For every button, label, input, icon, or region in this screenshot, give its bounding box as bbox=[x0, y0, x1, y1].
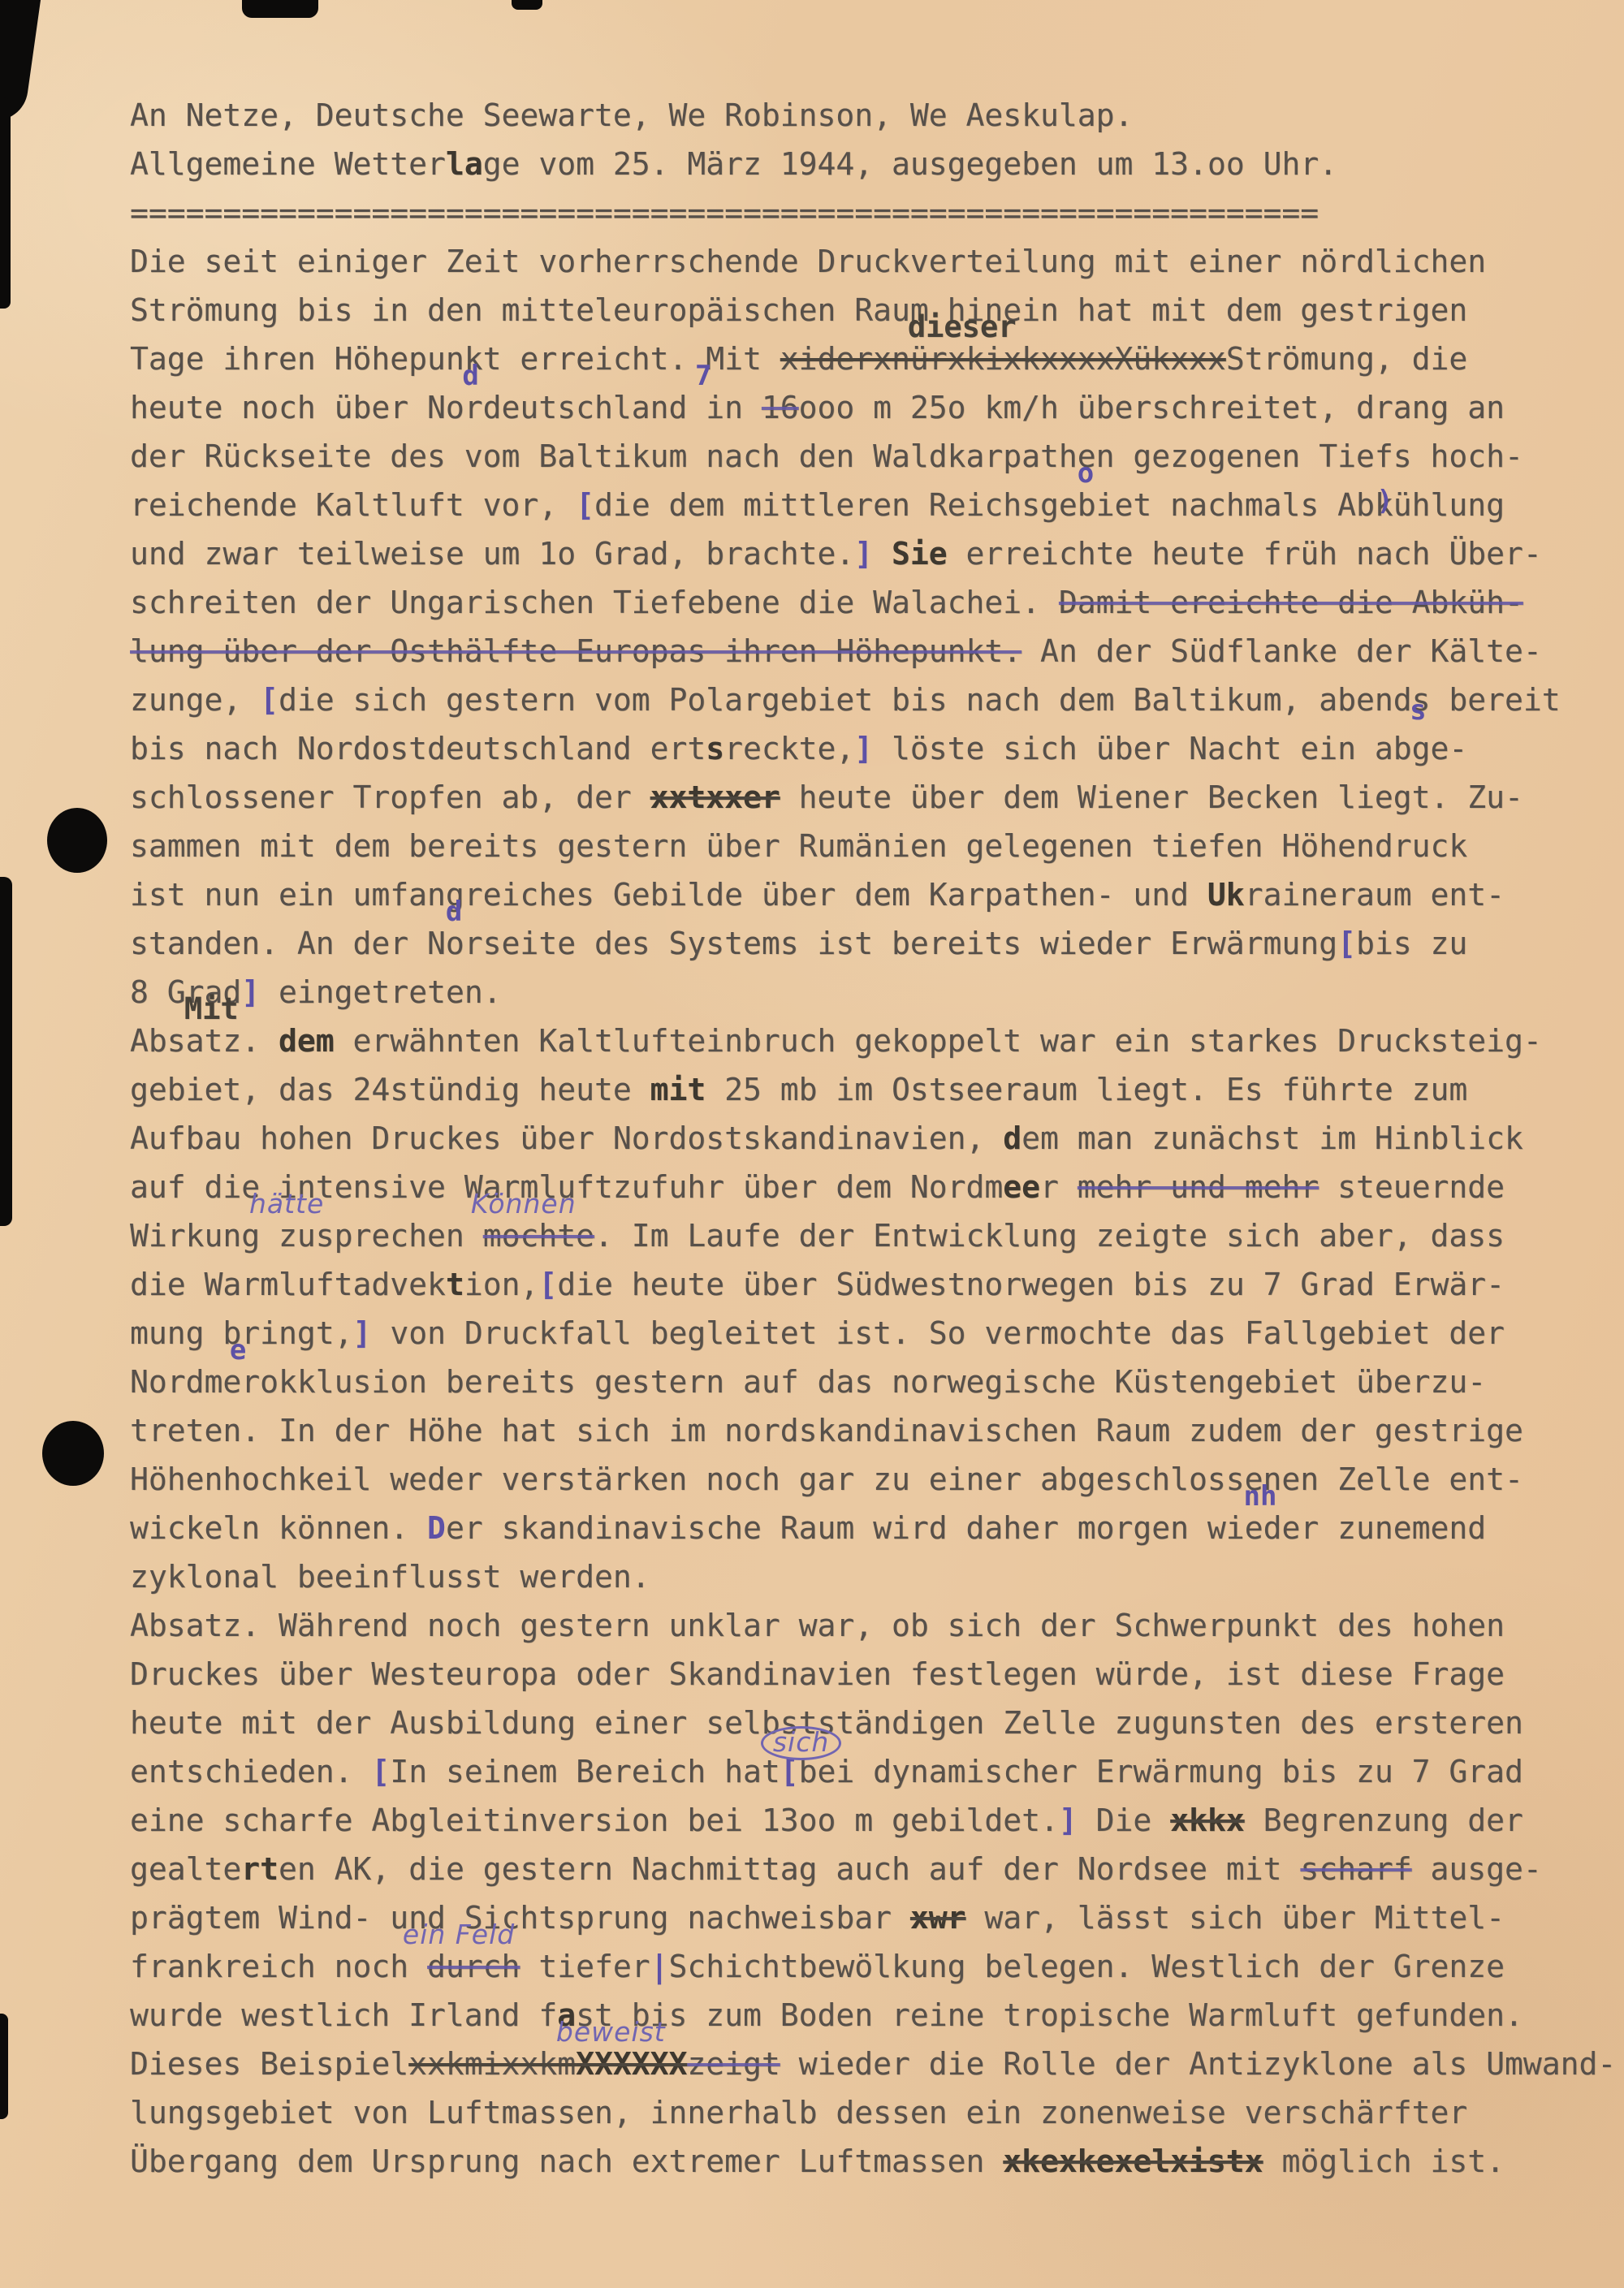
text-segment bbox=[873, 536, 892, 572]
text-segment: frankreich noch bbox=[130, 1949, 427, 1984]
scan-artifact-top-blob bbox=[242, 0, 318, 18]
text-segment: Schichtbewölkung belegen. Westlich der G… bbox=[668, 1949, 1505, 1984]
text-segment: scharf bbox=[1300, 1851, 1411, 1887]
text-segment: wickeln können. bbox=[130, 1510, 427, 1546]
text-segment: Die bbox=[1078, 1802, 1170, 1838]
text-segment: An Netze, Deutsche Seewarte, We Robinson… bbox=[130, 97, 1133, 133]
text-segment: Aufbau hohen Druckes über Nordostskandin… bbox=[130, 1120, 1003, 1156]
text-segment: heute noch über Nordeutschland in bbox=[130, 390, 762, 425]
text-line: bis nach Nordostdeutschland ertsreckte,]… bbox=[130, 724, 1624, 773]
text-segment: Strömung, die bbox=[1226, 341, 1467, 377]
text-segment: t bbox=[446, 1267, 464, 1302]
text-segment: die Warmluftadvek bbox=[130, 1267, 446, 1302]
scan-artifact-left-streak-middle bbox=[0, 877, 12, 1226]
scan-artifact-top-speck bbox=[512, 0, 542, 10]
scan-artifact-left-streak-upper bbox=[0, 97, 11, 309]
text-segment: In seinem Bereich hat bbox=[390, 1754, 780, 1789]
text-segment: D bbox=[427, 1510, 446, 1546]
text-segment: er skandinavische Raum wird daher morgen… bbox=[446, 1510, 1486, 1546]
text-line: schlossener Tropfen ab, der xxtxxer heut… bbox=[130, 773, 1624, 822]
text-segment: Damit ereichte die Abküh- bbox=[1059, 585, 1523, 620]
text-segment: reichende Kaltluft vor, bbox=[130, 487, 576, 523]
text-line: zyklonal beeinflusst werden. bbox=[130, 1552, 1624, 1601]
text-segment: mehr und mehr bbox=[1078, 1169, 1319, 1205]
text-segment: 25 mb im Ostseeraum liegt. Es führte zum bbox=[706, 1072, 1467, 1107]
text-segment: An der Südflanke der Kälte- bbox=[1021, 633, 1542, 669]
text-segment: von Druckfall begleitet ist. So vermocht… bbox=[371, 1315, 1505, 1351]
text-line: auf die intensive Warmluftzufuhr über de… bbox=[130, 1163, 1624, 1211]
text-segment: Übergang dem Ursprung nach extremer Luft… bbox=[130, 2143, 1003, 2179]
text-line: Strömung bis in den mitteleuropäischen R… bbox=[130, 286, 1624, 335]
text-segment: [ bbox=[371, 1754, 390, 1789]
text-line: mung bringt,] von Druckfall begleitet is… bbox=[130, 1309, 1624, 1358]
text-line: Tage ihren Höhepunkt erreicht. Mit xider… bbox=[130, 335, 1624, 383]
handwritten-annotation: s bbox=[1410, 697, 1426, 724]
handwritten-annotation: d bbox=[462, 362, 478, 390]
text-line: entschieden. [In seinem Bereich hat[bei … bbox=[130, 1747, 1624, 1796]
text-segment: bis nach Nordostdeutschland ert bbox=[130, 731, 706, 766]
text-segment: bis zu bbox=[1356, 926, 1467, 961]
text-line: wickeln können. Der skandinavische Raum … bbox=[130, 1504, 1624, 1552]
text-segment: gealte bbox=[130, 1851, 241, 1887]
text-segment: xwr bbox=[910, 1900, 966, 1936]
text-line: ist nun ein umfangreiches Gebilde über d… bbox=[130, 870, 1624, 919]
text-segment: [ bbox=[576, 487, 594, 523]
text-line: zunge, [die sich gestern vom Polargebiet… bbox=[130, 676, 1624, 724]
text-segment: st bis zum Boden reine tropische Warmluf… bbox=[576, 1997, 1523, 2033]
text-segment: ] bbox=[353, 1315, 372, 1351]
text-line: Nordmerokklusion bereits gestern auf das… bbox=[130, 1358, 1624, 1406]
text-segment: wurde westlich Irland f bbox=[130, 1997, 557, 2033]
text-segment: Höhenhochkeil weder verstärken noch gar … bbox=[130, 1461, 1523, 1497]
text-segment: la bbox=[446, 146, 483, 182]
text-segment: Uk bbox=[1207, 877, 1245, 913]
punch-hole-lower bbox=[42, 1421, 104, 1486]
text-line: 8 Grad] eingetreten. bbox=[130, 968, 1624, 1017]
text-line: heute noch über Nordeutschland in 16ooo … bbox=[130, 383, 1624, 432]
text-segment: xiderxnürxkixkxxxxXükxxx bbox=[780, 341, 1226, 377]
text-line: wurde westlich Irland fast bis zum Boden… bbox=[130, 1991, 1624, 2040]
text-line: Allgemeine Wetterlage vom 25. März 1944,… bbox=[130, 140, 1624, 188]
text-line: die Warmluftadvektion,[die heute über Sü… bbox=[130, 1260, 1624, 1309]
text-segment: | bbox=[650, 1949, 669, 1984]
text-line: gealterten AK, die gestern Nachmittag au… bbox=[130, 1845, 1624, 1893]
text-segment: schlossener Tropfen ab, der bbox=[130, 779, 650, 815]
text-segment: dem bbox=[279, 1023, 335, 1059]
text-segment: ] bbox=[854, 536, 873, 572]
text-segment: ] bbox=[854, 731, 873, 766]
text-line: lung über der Osthälfte Europas ihren Hö… bbox=[130, 627, 1624, 676]
text-line: heute mit der Ausbildung einer selbststä… bbox=[130, 1699, 1624, 1747]
text-segment: XXXXXX bbox=[576, 2046, 687, 2082]
text-segment: Begrenzung der bbox=[1245, 1802, 1523, 1838]
text-segment: ist nun ein umfangreiches Gebilde über d… bbox=[130, 877, 1207, 913]
handwritten-annotation: Können bbox=[471, 1190, 577, 1218]
text-line: der Rückseite des vom Baltikum nach den … bbox=[130, 432, 1624, 481]
scanned-document-page: An Netze, Deutsche Seewarte, We Robinson… bbox=[0, 0, 1624, 2288]
text-line: Wirkung zusprechen mochte. Im Laufe der … bbox=[130, 1211, 1624, 1260]
text-line: sammen mit dem bereits gestern über Rumä… bbox=[130, 822, 1624, 870]
text-line: Absatz. dem erwähnten Kaltlufteinbruch g… bbox=[130, 1017, 1624, 1065]
handwritten-annotation: e bbox=[230, 1336, 246, 1364]
text-line: und zwar teilweise um 1o Grad, brachte.]… bbox=[130, 529, 1624, 578]
text-segment: wieder die Rolle der Antizyklone als Umw… bbox=[780, 2046, 1617, 2082]
text-line: eine scharfe Abgleitinversion bei 13oo m… bbox=[130, 1796, 1624, 1845]
text-line: lungsgebiet von Luftmassen, innerhalb de… bbox=[130, 2088, 1624, 2137]
text-segment: [ bbox=[1337, 926, 1356, 961]
text-segment: xkexkexelxistx bbox=[1003, 2143, 1263, 2179]
text-line: frankreich noch durch tiefer|Schichtbewö… bbox=[130, 1942, 1624, 1991]
text-segment: ge vom 25. März 1944, ausgegeben um 13.o… bbox=[483, 146, 1337, 182]
text-segment: [ bbox=[260, 682, 279, 718]
text-segment: heute über dem Wiener Becken liegt. Zu- bbox=[780, 779, 1523, 815]
text-segment: tiefer bbox=[520, 1949, 650, 1984]
text-segment: ========================================… bbox=[130, 195, 1319, 231]
handwritten-annotation: hätte bbox=[249, 1190, 324, 1218]
text-segment: zunge, bbox=[130, 682, 260, 718]
text-segment: die sich gestern vom Polargebiet bis nac… bbox=[279, 682, 1561, 718]
text-segment: bei dynamischer Erwärmung bis zu 7 Grad bbox=[799, 1754, 1523, 1789]
handwritten-annotation: d bbox=[446, 898, 462, 926]
text-segment: gebiet, das 24stündig heute bbox=[130, 1072, 650, 1107]
text-segment: xxtxxer bbox=[650, 779, 780, 815]
text-segment: 16 bbox=[762, 390, 799, 425]
text-segment: treten. In der Höhe hat sich im nordskan… bbox=[130, 1413, 1523, 1448]
text-segment: ion, bbox=[464, 1267, 539, 1302]
text-segment: die dem mittleren Reichsgebiet nachmals … bbox=[594, 487, 1505, 523]
text-segment: Dieses Beispiel bbox=[130, 2046, 408, 2082]
text-line: schreiten der Ungarischen Tiefebene die … bbox=[130, 578, 1624, 627]
text-segment: ee bbox=[1003, 1169, 1040, 1205]
text-segment: mit bbox=[650, 1072, 706, 1107]
text-line: treten. In der Höhe hat sich im nordskan… bbox=[130, 1406, 1624, 1455]
text-segment: Die seit einiger Zeit vorherrschende Dru… bbox=[130, 244, 1486, 279]
text-segment: Druckes über Westeuropa oder Skandinavie… bbox=[130, 1656, 1505, 1692]
text-line: standen. An der Norseite des Systems ist… bbox=[130, 919, 1624, 968]
text-segment: eingetreten. bbox=[260, 974, 501, 1010]
text-segment: Allgemeine Wetter bbox=[130, 146, 446, 182]
text-segment: prägtem Wind- und Sichtsprung nachweisba… bbox=[130, 1900, 910, 1936]
handwritten-annotation: 7 bbox=[695, 362, 711, 390]
text-segment: und zwar teilweise um 1o Grad, brachte. bbox=[130, 536, 854, 572]
text-segment: ooo m 25o km/h überschreitet, drang an bbox=[799, 390, 1505, 425]
text-segment: s bbox=[706, 731, 724, 766]
text-line: Absatz. Während noch gestern unklar war,… bbox=[130, 1601, 1624, 1650]
text-segment: steuernde bbox=[1319, 1169, 1505, 1205]
text-segment: möglich ist. bbox=[1263, 2143, 1505, 2179]
text-segment: reckte, bbox=[724, 731, 854, 766]
text-segment: eine scharfe Abgleitinversion bei 13oo m… bbox=[130, 1802, 1059, 1838]
text-line: gebiet, das 24stündig heute mit 25 mb im… bbox=[130, 1065, 1624, 1114]
text-segment: r bbox=[1040, 1169, 1078, 1205]
text-segment: d bbox=[1003, 1120, 1021, 1156]
text-line: Die seit einiger Zeit vorherrschende Dru… bbox=[130, 237, 1624, 286]
text-segment: sammen mit dem bereits gestern über Rumä… bbox=[130, 828, 1467, 864]
text-segment: Wirkung zusprechen bbox=[130, 1218, 483, 1254]
text-segment: lung über der Osthälfte Europas ihren Hö… bbox=[130, 633, 1021, 669]
text-segment: erreichte heute früh nach Über- bbox=[948, 536, 1542, 572]
scan-artifact-left-streak-lower bbox=[0, 2014, 8, 2119]
text-segment: ] bbox=[1059, 1802, 1078, 1838]
text-segment: zyklonal beeinflusst werden. bbox=[130, 1559, 650, 1595]
text-segment: die heute über Südwestnorwegen bis zu 7 … bbox=[557, 1267, 1505, 1302]
text-segment: rt bbox=[241, 1851, 279, 1887]
text-line: Höhenhochkeil weder verstärken noch gar … bbox=[130, 1455, 1624, 1504]
text-line: reichende Kaltluft vor, [die dem mittler… bbox=[130, 481, 1624, 529]
text-segment: Absatz. bbox=[130, 1023, 279, 1059]
text-segment: schreiten der Ungarischen Tiefebene die … bbox=[130, 585, 1059, 620]
text-line: Dieses BeispielxxkmixxkmXXXXXXzeigt wied… bbox=[130, 2040, 1624, 2088]
text-line: Übergang dem Ursprung nach extremer Luft… bbox=[130, 2137, 1624, 2186]
text-segment: Strömung bis in den mitteleuropäischen R… bbox=[130, 292, 1467, 328]
handwritten-annotation: Mit bbox=[184, 995, 239, 1023]
text-segment: xkkx bbox=[1170, 1802, 1245, 1838]
text-segment: xxkmixxkm bbox=[408, 2046, 576, 2082]
text-segment: erwähnten Kaltlufteinbruch gekoppelt war… bbox=[335, 1023, 1542, 1059]
handwritten-annotation: beweist bbox=[556, 2018, 666, 2046]
text-segment: löste sich über Nacht ein abge- bbox=[873, 731, 1467, 766]
text-segment: der Rückseite des vom Baltikum nach den … bbox=[130, 438, 1523, 474]
text-segment: em man zunächst im Hinblick bbox=[1021, 1120, 1523, 1156]
text-segment: durch bbox=[427, 1949, 520, 1984]
text-segment: [ bbox=[538, 1267, 557, 1302]
text-line: Aufbau hohen Druckes über Nordostskandin… bbox=[130, 1114, 1624, 1163]
text-segment: . Im Laufe der Entwicklung zeigte sich a… bbox=[594, 1218, 1505, 1254]
text-segment: lungsgebiet von Luftmassen, innerhalb de… bbox=[130, 2095, 1467, 2130]
text-line: An Netze, Deutsche Seewarte, We Robinson… bbox=[130, 91, 1624, 140]
handwritten-annotation: sich bbox=[761, 1726, 841, 1760]
text-segment: standen. An der Norseite des Systems ist… bbox=[130, 926, 1337, 961]
text-segment: Sie bbox=[892, 536, 948, 572]
text-line: prägtem Wind- und Sichtsprung nachweisba… bbox=[130, 1893, 1624, 1942]
text-segment: entschieden. bbox=[130, 1754, 371, 1789]
text-segment: en AK, die gestern Nachmittag auch auf d… bbox=[279, 1851, 1300, 1887]
text-segment: war, lässt sich über Mittel- bbox=[966, 1900, 1505, 1936]
text-segment: Absatz. Während noch gestern unklar war,… bbox=[130, 1608, 1505, 1643]
text-segment: Tage ihren Höhepunkt erreicht. Mit bbox=[130, 341, 780, 377]
handwritten-annotation: dieser bbox=[908, 313, 1017, 341]
punch-hole-upper bbox=[47, 808, 107, 873]
text-segment: mochte bbox=[483, 1218, 594, 1254]
handwritten-annotation: ) bbox=[1376, 487, 1393, 515]
text-segment: Nordmerokklusion bereits gestern auf das… bbox=[130, 1364, 1486, 1400]
text-line: ========================================… bbox=[130, 188, 1624, 237]
text-segment: raineraum ent- bbox=[1245, 877, 1505, 913]
text-line: Druckes über Westeuropa oder Skandinavie… bbox=[130, 1650, 1624, 1699]
text-segment: zeigt bbox=[687, 2046, 780, 2082]
text-segment: ] bbox=[241, 974, 260, 1010]
handwritten-annotation: ein Feld bbox=[403, 1921, 515, 1949]
document-body: An Netze, Deutsche Seewarte, We Robinson… bbox=[130, 91, 1624, 2186]
handwritten-annotation: o bbox=[1078, 460, 1094, 487]
text-segment: ausge- bbox=[1412, 1851, 1542, 1887]
handwritten-annotation: nh bbox=[1243, 1483, 1276, 1510]
